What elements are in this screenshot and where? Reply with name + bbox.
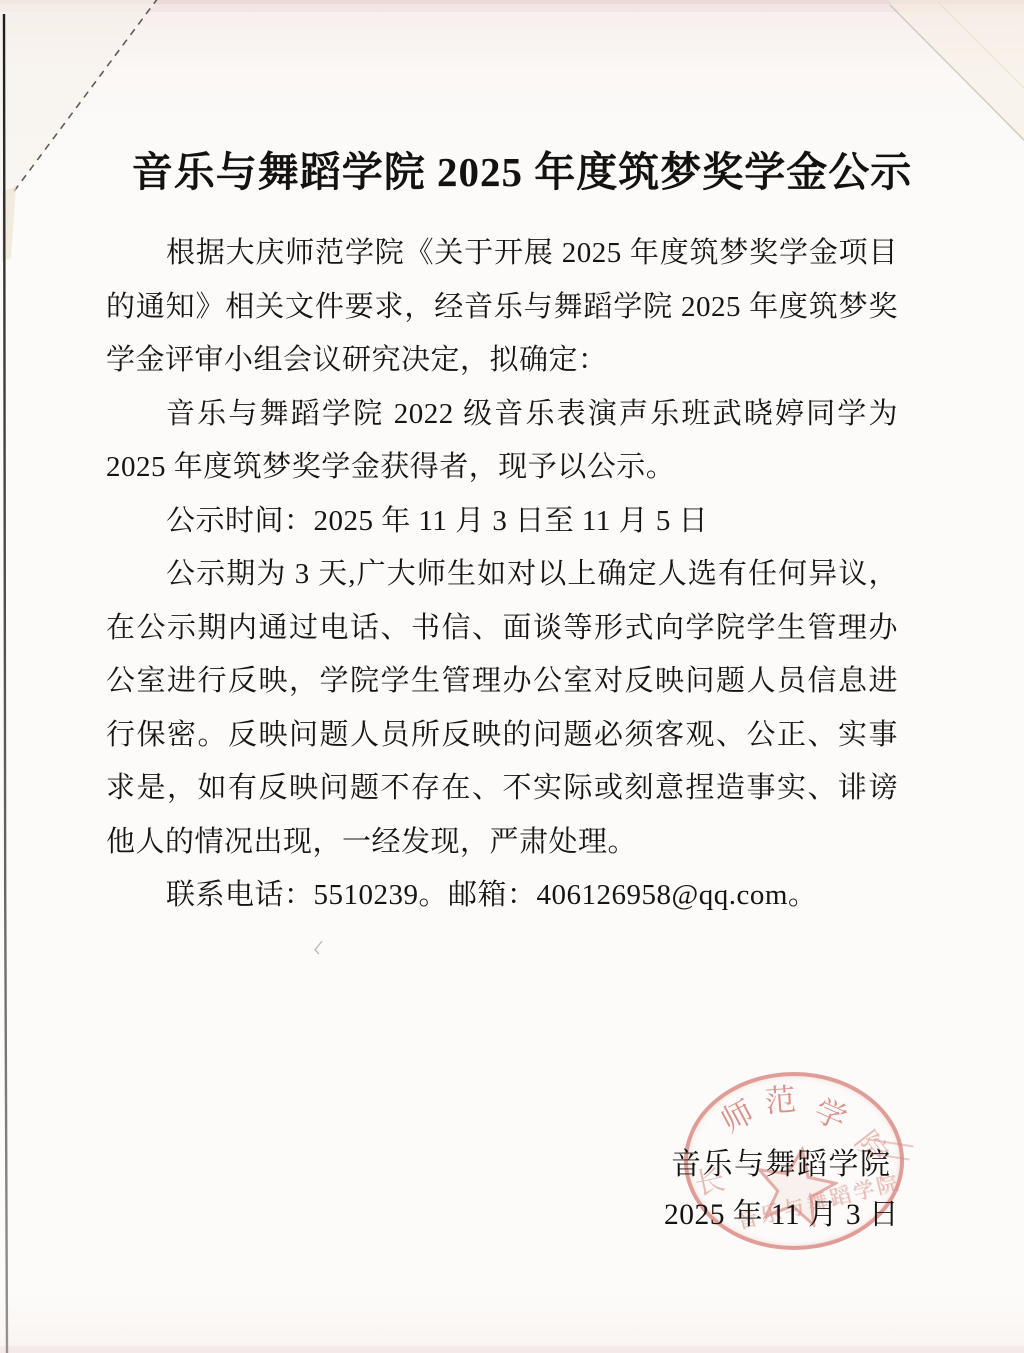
paragraph: 公示期为 3 天,广大师生如对以上确定人选有任何异议，在公示期内通过电话、书信、… <box>106 548 898 869</box>
document-body: 根据大庆师范学院《关于开展 2025 年度筑梦奖学金项目的通知》相关文件要求，经… <box>106 227 898 923</box>
signature-date: 2025 年 11 月 3 日 <box>664 1191 899 1233</box>
contact-line: 联系电话：5510239。邮箱：406126958@qq.com。 <box>106 869 898 923</box>
paragraph: 公示时间：2025 年 11 月 3 日至 11 月 5 日 <box>106 495 898 549</box>
signature-organization: 音乐与舞蹈学院 <box>671 1139 892 1183</box>
paragraph: 音乐与舞蹈学院 2022 级音乐表演声乐班武晓婷同学为 2025 年度筑梦奖学金… <box>106 388 898 495</box>
document-title: 音乐与舞蹈学院 2025 年度筑梦奖学金公示 <box>112 139 932 198</box>
document-content: 音乐与舞蹈学院 2025 年度筑梦奖学金公示 根据大庆师范学院《关于开展 202… <box>0 0 1024 1353</box>
scanned-document-page: 师 范 学 院 长 音乐与舞蹈学院 音乐与舞蹈学院 2025 年度筑梦奖学金公示… <box>0 0 1024 1353</box>
paragraph: 根据大庆师范学院《关于开展 2025 年度筑梦奖学金项目的通知》相关文件要求，经… <box>106 227 898 388</box>
